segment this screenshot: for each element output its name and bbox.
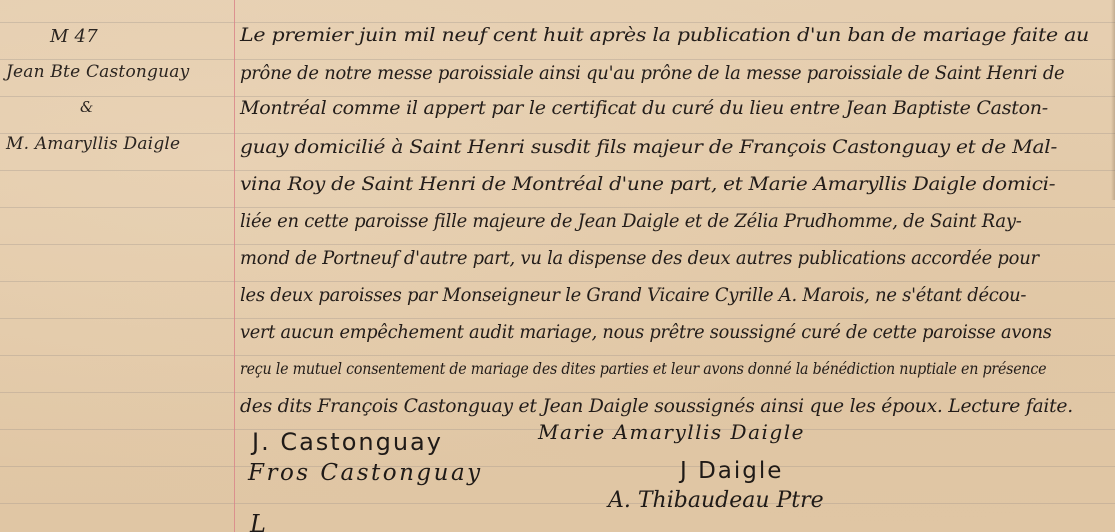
signature-groom: J. Castonguay — [252, 428, 443, 456]
ruled-line — [0, 281, 1115, 282]
record-line-5: vina Roy de Saint Henri de Montréal d'un… — [240, 174, 1055, 195]
ruled-line — [0, 96, 1115, 97]
record-line-1: Le premier juin mil neuf cent huit après… — [240, 25, 1089, 46]
signature-father-of-bride: J Daigle — [680, 458, 783, 484]
ruled-line — [0, 244, 1115, 245]
signature-bride: Marie Amaryllis Daigle — [538, 420, 805, 444]
record-line-4: guay domicilié à Saint Henri susdit fils… — [240, 137, 1057, 158]
margin-conjunction: & — [80, 98, 94, 116]
ruled-line — [0, 22, 1115, 23]
signature-priest: A. Thibaudeau Ptre — [608, 488, 824, 513]
margin-rule — [234, 0, 235, 532]
entry-number: M 47 — [50, 26, 98, 47]
page-edge-shadow — [1111, 0, 1115, 200]
record-line-2: prône de notre messe paroissiale ainsi q… — [240, 63, 1064, 84]
ruled-line — [0, 318, 1115, 319]
record-line-10: reçu le mutuel consentement de mariage d… — [240, 359, 1046, 378]
ruled-line — [0, 170, 1115, 171]
ruled-line — [0, 503, 1115, 504]
record-line-9: vert aucun empêchement audit mariage, no… — [240, 322, 1052, 343]
ruled-line — [0, 392, 1115, 393]
signature-father-of-groom: Fros Castonguay — [248, 460, 483, 486]
ruled-line — [0, 59, 1115, 60]
margin-groom-name: Jean Bte Castonguay — [6, 62, 189, 82]
ruled-line — [0, 207, 1115, 208]
record-line-11: des dits François Castonguay et Jean Dai… — [240, 396, 1073, 417]
register-page: M 47 Jean Bte Castonguay & M. Amaryllis … — [0, 0, 1115, 532]
ruled-line — [0, 466, 1115, 467]
margin-bride-name: M. Amaryllis Daigle — [6, 134, 180, 154]
ruled-line — [0, 355, 1115, 356]
record-line-6: liée en cette paroisse fille majeure de … — [240, 211, 1022, 232]
record-line-8: les deux paroisses par Monseigneur le Gr… — [240, 285, 1026, 306]
next-entry-fragment: L — [250, 510, 266, 532]
record-line-3: Montréal comme il appert par le certific… — [240, 98, 1048, 119]
record-line-7: mond de Portneuf d'autre part, vu la dis… — [240, 248, 1039, 269]
